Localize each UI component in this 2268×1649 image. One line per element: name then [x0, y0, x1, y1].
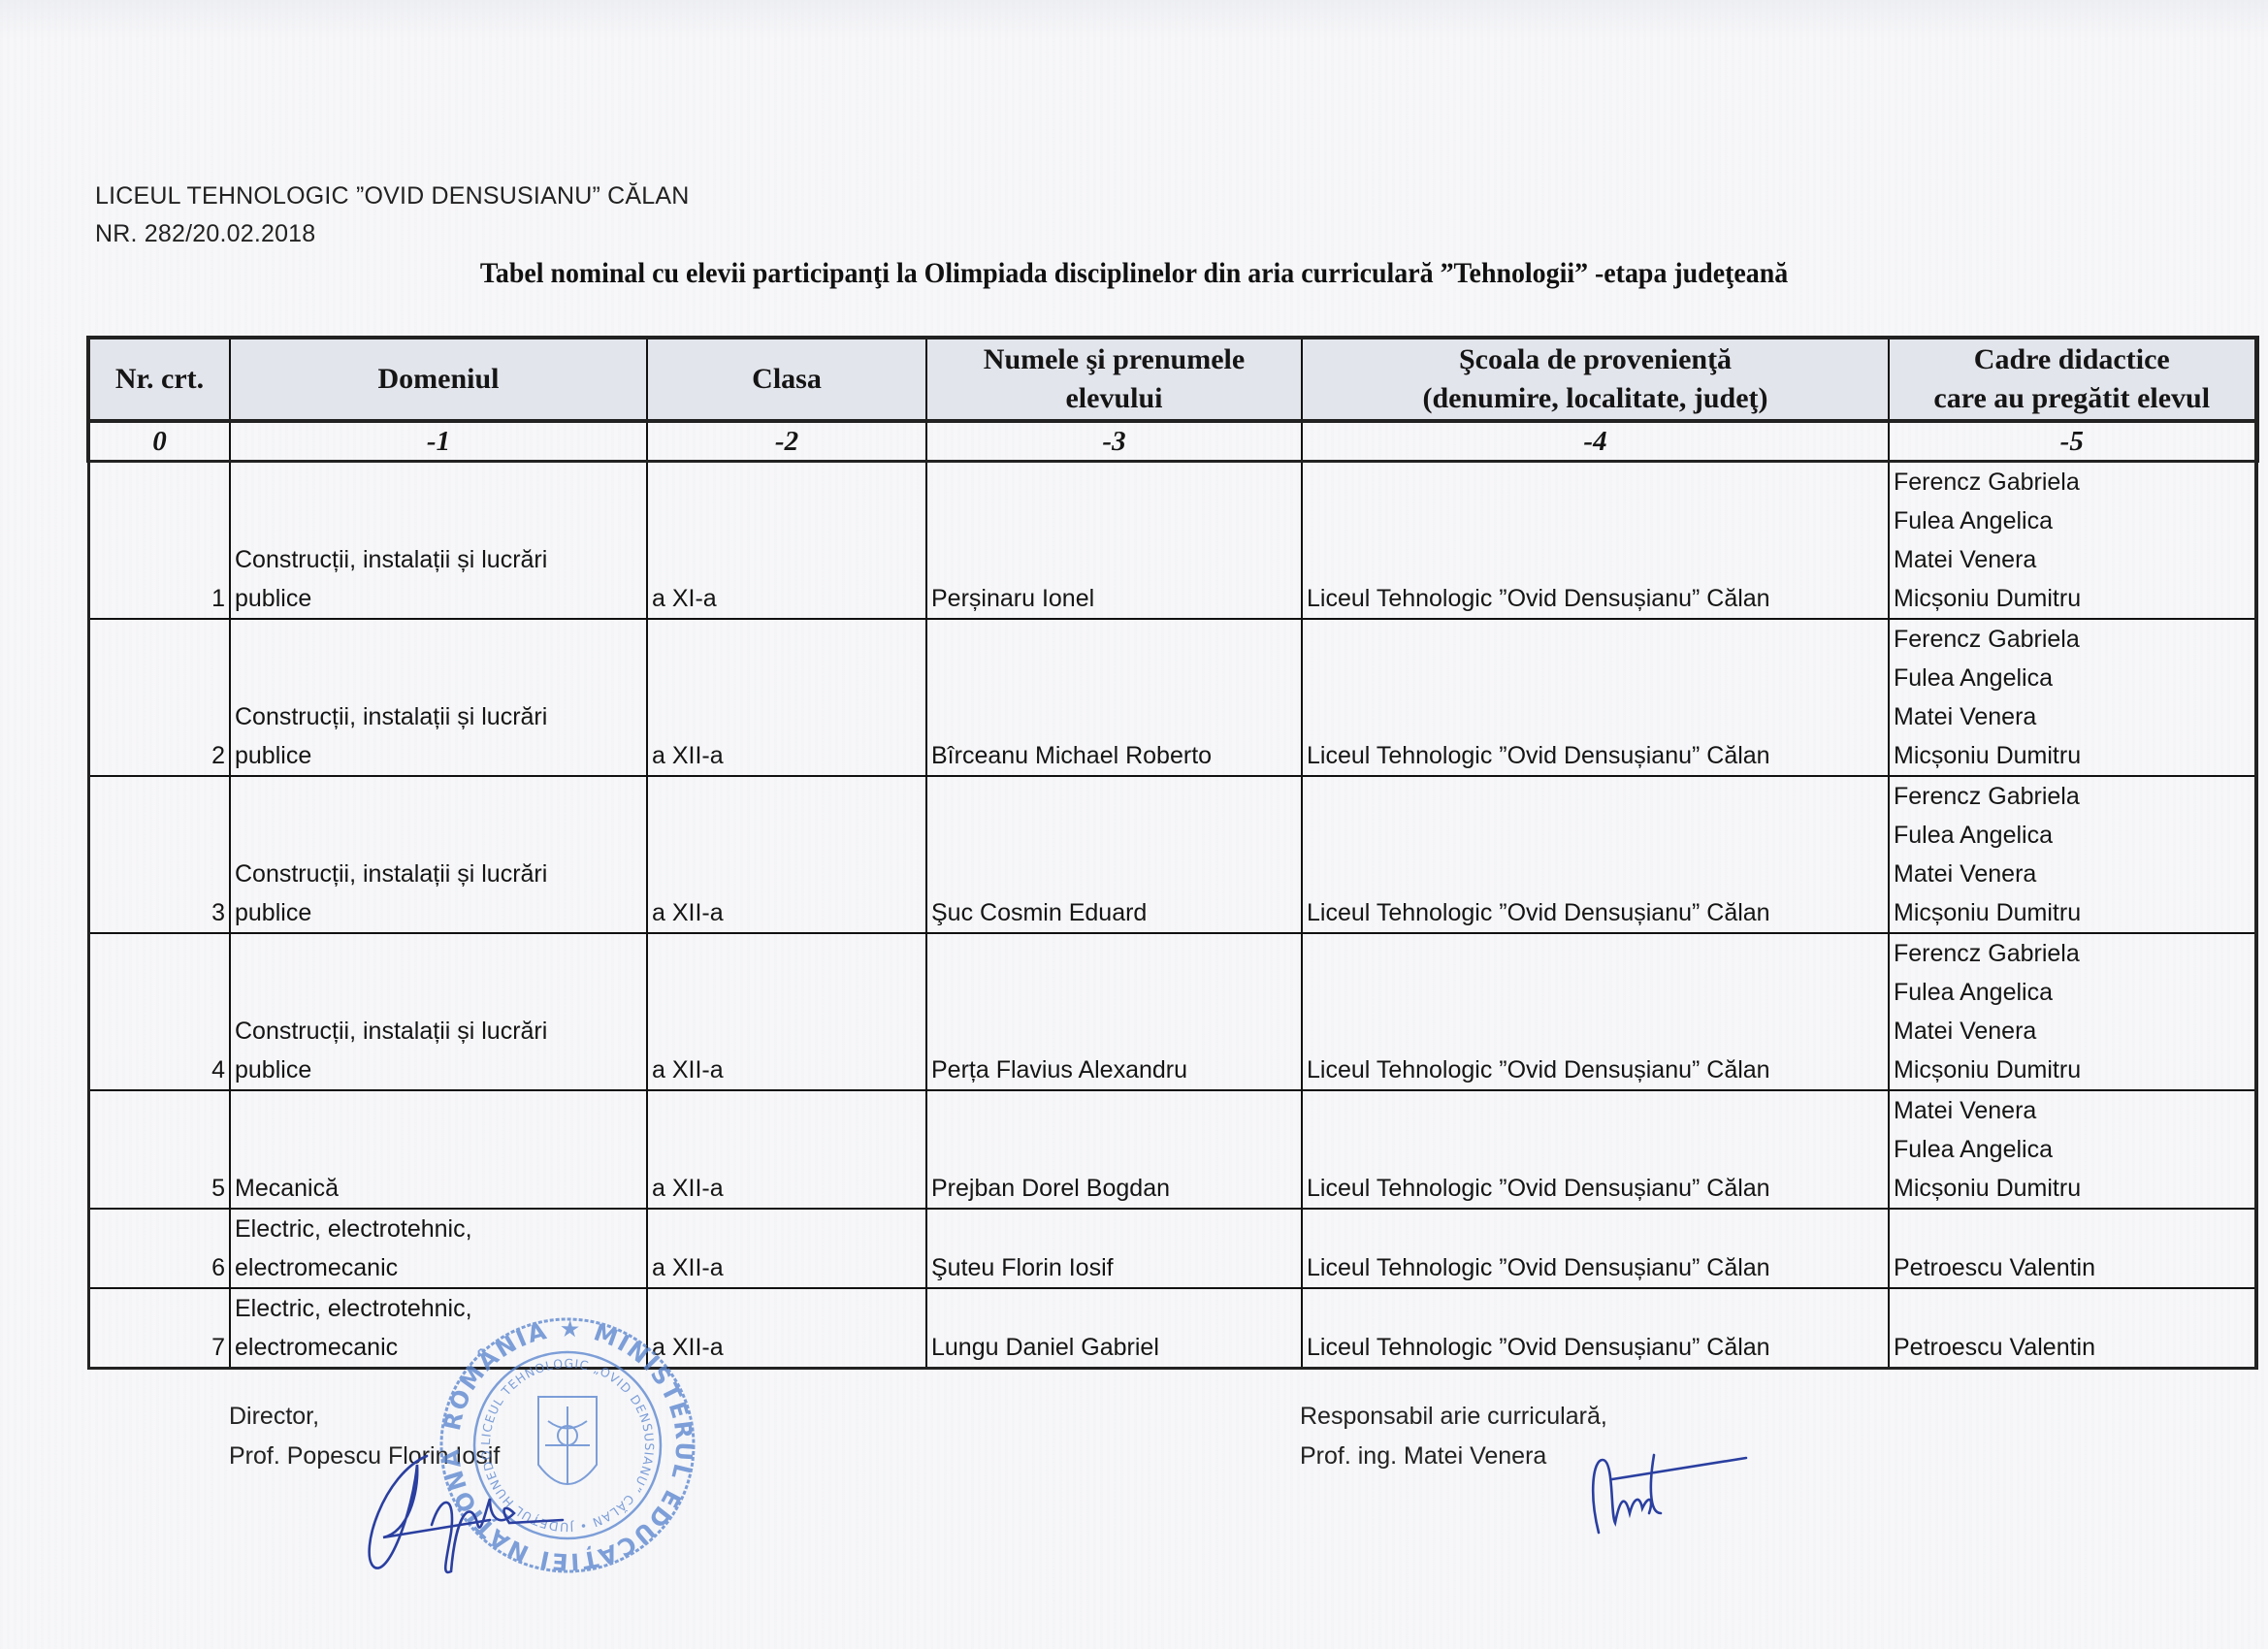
column-header-class: Clasa	[647, 338, 926, 421]
document-title: Tabel nominal cu elevii participanţi la …	[80, 257, 2188, 290]
table-row: 7Electric, electrotehnic,electromecanica…	[88, 1288, 2256, 1369]
cell-nr: 2	[88, 619, 230, 776]
cell-school: Liceul Tehnologic ”Ovid Densușianu” Căla…	[1302, 1288, 1889, 1369]
cell-line: Micșoniu Dumitru	[1894, 893, 2251, 932]
cell-line: Matei Venera	[1894, 1012, 2251, 1051]
cell-line: Fulea Angelica	[1894, 501, 2251, 540]
curriculum-head-name: Prof. ing. Matei Venera	[1300, 1437, 1607, 1476]
cell-line: Micșoniu Dumitru	[1894, 1169, 2251, 1208]
column-header-student: Numele şi prenumeleelevului	[926, 338, 1302, 421]
cell-student: Prejban Dorel Bogdan	[926, 1090, 1302, 1209]
cell-school: Liceul Tehnologic ”Ovid Densușianu” Căla…	[1302, 619, 1889, 776]
cell-line: Ferencz Gabriela	[1894, 463, 2251, 501]
cell-line: Ferencz Gabriela	[1894, 934, 2251, 973]
cell-nr: 5	[88, 1090, 230, 1209]
cell-line: Micșoniu Dumitru	[1894, 1051, 2251, 1089]
coat-of-arms-icon	[538, 1397, 597, 1484]
cell-teachers: Ferencz GabrielaFulea AngelicaMatei Vene…	[1889, 462, 2256, 620]
column-index-nr: 0	[88, 421, 230, 462]
cell-line: publice	[235, 893, 642, 932]
cell-class: a XII-a	[647, 1090, 926, 1209]
cell-class: a XI-a	[647, 462, 926, 620]
cell-class: a XII-a	[647, 1209, 926, 1288]
cell-teachers: Ferencz GabrielaFulea AngelicaMatei Vene…	[1889, 619, 2256, 776]
cell-line: Ferencz Gabriela	[1894, 777, 2251, 816]
cell-student: Bîrceanu Michael Roberto	[926, 619, 1302, 776]
column-index-teachers: -5	[1889, 421, 2256, 462]
column-index-school: -4	[1302, 421, 1889, 462]
cell-line: Matei Venera	[1894, 540, 2251, 579]
column-header-line: care au pregătit elevul	[1894, 379, 2251, 418]
table-header-row: Nr. crt.DomeniulClasaNumele şi prenumele…	[88, 338, 2256, 421]
cell-nr: 1	[88, 462, 230, 620]
column-index-class: -2	[647, 421, 926, 462]
cell-line: Fulea Angelica	[1894, 973, 2251, 1012]
column-header-teachers: Cadre didacticecare au pregătit elevul	[1889, 338, 2256, 421]
cell-line: Electric, electrotehnic,	[235, 1289, 642, 1328]
cell-school: Liceul Tehnologic ”Ovid Densușianu” Căla…	[1302, 462, 1889, 620]
cell-class: a XII-a	[647, 933, 926, 1090]
cell-nr: 4	[88, 933, 230, 1090]
institution-name: LICEUL TEHNOLOGIC ”OVID DENSUSIANU” CĂLA…	[95, 178, 690, 215]
cell-teachers: Ferencz GabrielaFulea AngelicaMatei Vene…	[1889, 776, 2256, 933]
table-row: 4Construcții, instalații și lucrăripubli…	[88, 933, 2256, 1090]
cell-line: Micșoniu Dumitru	[1894, 579, 2251, 618]
cell-student: Şuteu Florin Iosif	[926, 1209, 1302, 1288]
cell-nr: 7	[88, 1288, 230, 1369]
cell-line: Ferencz Gabriela	[1894, 620, 2251, 659]
cell-line: Electric, electrotehnic,	[235, 1210, 642, 1248]
cell-line: Fulea Angelica	[1894, 816, 2251, 855]
column-header-line: Cadre didactice	[1894, 340, 2251, 379]
participants-table: Nr. crt.DomeniulClasaNumele şi prenumele…	[86, 336, 2259, 1370]
cell-line: Construcții, instalații și lucrări	[235, 540, 642, 579]
cell-school: Liceul Tehnologic ”Ovid Densușianu” Căla…	[1302, 776, 1889, 933]
column-header-nr: Nr. crt.	[88, 338, 230, 421]
cell-line: Matei Venera	[1894, 1091, 2251, 1130]
cell-line: publice	[235, 1051, 642, 1089]
cell-domain: Construcții, instalații și lucrăripublic…	[230, 462, 647, 620]
cell-student: Şuc Cosmin Eduard	[926, 776, 1302, 933]
cell-domain: Construcții, instalații și lucrăripublic…	[230, 933, 647, 1090]
cell-school: Liceul Tehnologic ”Ovid Densușianu” Căla…	[1302, 1209, 1889, 1288]
cell-nr: 6	[88, 1209, 230, 1288]
cell-nr: 3	[88, 776, 230, 933]
cell-domain: Electric, electrotehnic,electromecanic	[230, 1288, 647, 1369]
table-row: 2Construcții, instalații și lucrăripubli…	[88, 619, 2256, 776]
cell-student: Perșinaru Ionel	[926, 462, 1302, 620]
registration-number: NR. 282/20.02.2018	[95, 215, 690, 253]
document-header: LICEUL TEHNOLOGIC ”OVID DENSUSIANU” CĂLA…	[95, 178, 690, 253]
director-signature-block: Director, Prof. Popescu Florin Iosif	[229, 1397, 500, 1476]
cell-line: Construcții, instalații și lucrări	[235, 1012, 642, 1051]
column-header-line: Nr. crt.	[94, 360, 225, 399]
column-header-line: Numele şi prenumele	[931, 340, 1297, 379]
column-header-domain: Domeniul	[230, 338, 647, 421]
cell-teachers: Petroescu Valentin	[1889, 1209, 2256, 1288]
cell-student: Lungu Daniel Gabriel	[926, 1288, 1302, 1369]
curriculum-head-role: Responsabil arie curriculară,	[1300, 1397, 1607, 1437]
cell-domain: Construcții, instalații și lucrăripublic…	[230, 776, 647, 933]
cell-line: Construcții, instalații și lucrări	[235, 697, 642, 736]
column-header-line: Domeniul	[235, 360, 642, 399]
column-header-line: elevului	[931, 379, 1297, 418]
cell-line: publice	[235, 736, 642, 775]
cell-class: a XII-a	[647, 1288, 926, 1369]
table-row: 3Construcții, instalații și lucrăripubli…	[88, 776, 2256, 933]
table-row: 5Mecanicăa XII-aPrejban Dorel BogdanLice…	[88, 1090, 2256, 1209]
cell-line: Matei Venera	[1894, 855, 2251, 893]
column-index-student: -3	[926, 421, 1302, 462]
cell-line: Mecanică	[235, 1169, 642, 1208]
cell-line: electromecanic	[235, 1248, 642, 1287]
column-index-domain: -1	[230, 421, 647, 462]
cell-line: Petroescu Valentin	[1894, 1248, 2251, 1287]
cell-school: Liceul Tehnologic ”Ovid Densușianu” Căla…	[1302, 1090, 1889, 1209]
column-header-line: Şcoala de provenienţă	[1307, 340, 1884, 379]
director-name: Prof. Popescu Florin Iosif	[229, 1437, 500, 1476]
curriculum-head-signature-icon	[1593, 1455, 1746, 1533]
table-row: 1Construcții, instalații și lucrăripubli…	[88, 462, 2256, 620]
column-header-line: (denumire, localitate, judeţ)	[1307, 379, 1884, 418]
cell-line: Fulea Angelica	[1894, 659, 2251, 697]
cell-line: Petroescu Valentin	[1894, 1328, 2251, 1367]
cell-line: Fulea Angelica	[1894, 1130, 2251, 1169]
cell-class: a XII-a	[647, 619, 926, 776]
cell-teachers: Petroescu Valentin	[1889, 1288, 2256, 1369]
cell-line: Construcții, instalații și lucrări	[235, 855, 642, 893]
cell-line: electromecanic	[235, 1328, 642, 1367]
cell-domain: Construcții, instalații și lucrăripublic…	[230, 619, 647, 776]
column-header-line: Clasa	[652, 360, 922, 399]
cell-teachers: Ferencz GabrielaFulea AngelicaMatei Vene…	[1889, 933, 2256, 1090]
curriculum-head-signature-block: Responsabil arie curriculară, Prof. ing.…	[1300, 1397, 1607, 1476]
cell-class: a XII-a	[647, 776, 926, 933]
cell-domain: Electric, electrotehnic,electromecanic	[230, 1209, 647, 1288]
cell-line: Matei Venera	[1894, 697, 2251, 736]
cell-line: publice	[235, 579, 642, 618]
cell-domain: Mecanică	[230, 1090, 647, 1209]
cell-school: Liceul Tehnologic ”Ovid Densușianu” Căla…	[1302, 933, 1889, 1090]
column-header-school: Şcoala de provenienţă(denumire, localita…	[1302, 338, 1889, 421]
director-role: Director,	[229, 1397, 500, 1437]
cell-student: Perța Flavius Alexandru	[926, 933, 1302, 1090]
table-index-row: 0-1-2-3-4-5	[88, 421, 2256, 462]
cell-teachers: Matei VeneraFulea AngelicaMicșoniu Dumit…	[1889, 1090, 2256, 1209]
cell-line: Micșoniu Dumitru	[1894, 736, 2251, 775]
table-row: 6Electric, electrotehnic,electromecanica…	[88, 1209, 2256, 1288]
